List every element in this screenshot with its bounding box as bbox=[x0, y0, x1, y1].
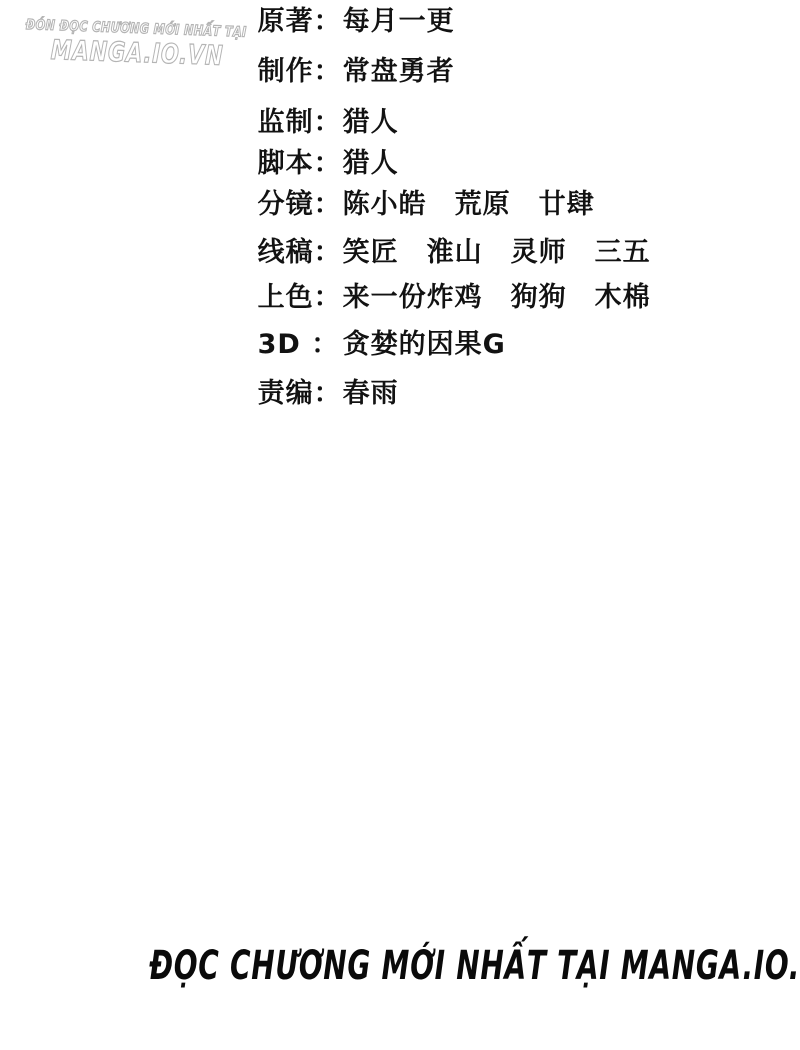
footer-banner: ĐỌC CHƯƠNG MỚI NHẤT TẠI MANGA.IO.VN bbox=[0, 943, 800, 989]
credit-label-production: 制作： bbox=[258, 58, 343, 85]
footer-site-promo-text: ĐỌC CHƯƠNG MỚI NHẤT TẠI MANGA.IO.VN bbox=[149, 943, 800, 989]
manga-credits-page: ĐÓN ĐỌC CHƯƠNG MỚI NHẤT TẠI MANGA.IO.VN … bbox=[0, 0, 800, 1050]
credit-value-editor: 春雨 bbox=[343, 378, 399, 409]
credit-label-editor: 责编： bbox=[258, 380, 343, 407]
credit-line-editor: 责编：春雨 bbox=[216, 353, 399, 434]
